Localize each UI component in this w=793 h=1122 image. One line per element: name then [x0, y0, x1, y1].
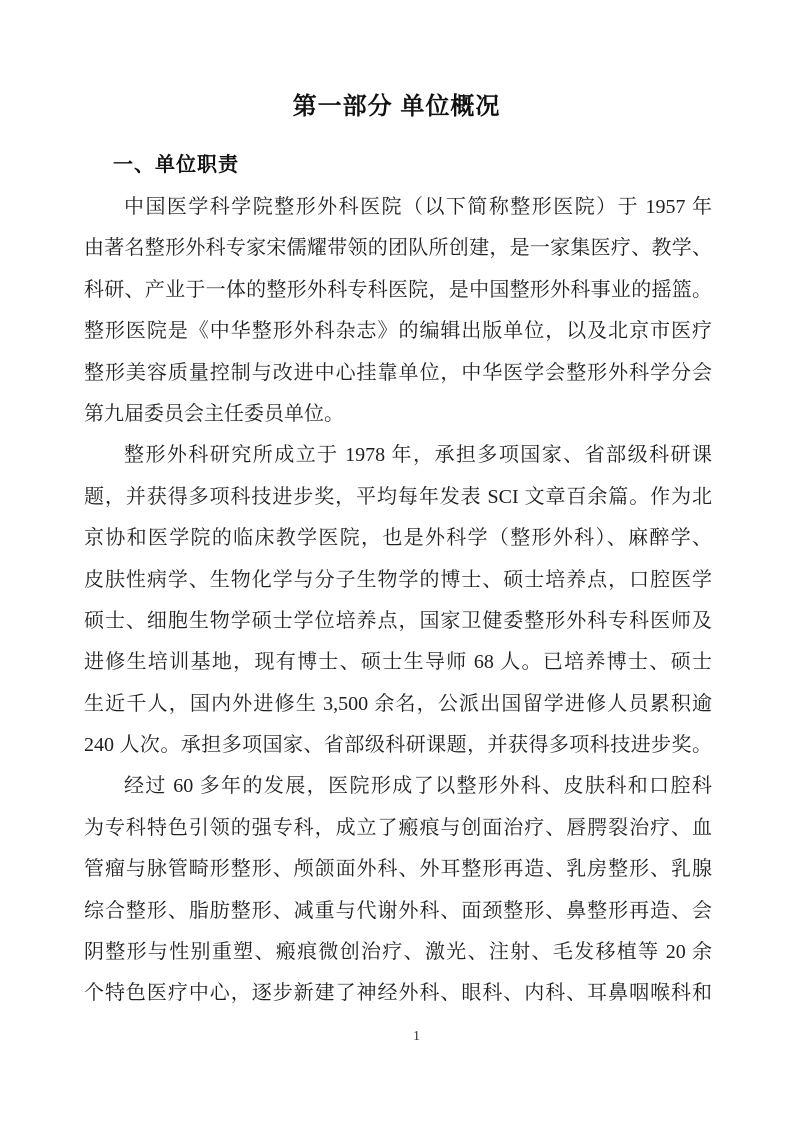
text-line: 由著名整形外科专家宋儒耀带领的团队所创建，是一家集医疗、教学、	[84, 228, 712, 269]
text-line: 皮肤性病学、生物化学与分子生物学的博士、硕士培养点，口腔医学	[84, 560, 712, 601]
section-heading: 一、单位职责	[113, 151, 239, 179]
document-page: 第一部分 单位概况 一、单位职责 中国医学科学院整形外科医院（以下简称整形医院）…	[0, 0, 793, 1122]
text-line: 阴整形与性别重塑、瘢痕微创治疗、激光、注射、毛发移植等 20 余	[84, 932, 712, 973]
text-line: 综合整形、脂肪整形、减重与代谢外科、面颈整形、鼻整形再造、会	[84, 891, 712, 932]
text-line: 生近千人，国内外进修生 3,500 余名，公派出国留学进修人员累积逾	[84, 684, 712, 725]
text-line: 进修生培训基地，现有博士、硕士生导师 68 人。已培养博士、硕士	[84, 642, 712, 683]
text-line: 240 人次。承担多项国家、省部级科研课题，并获得多项科技进步奖。	[84, 725, 712, 766]
paragraph: 经过 60 多年的发展，医院形成了以整形外科、皮肤科和口腔科为专科特色引领的强专…	[84, 766, 712, 1014]
text-line: 京协和医学院的临床教学医院，也是外科学（整形外科）、麻醉学、	[84, 518, 712, 559]
document-body: 中国医学科学院整形外科医院（以下简称整形医院）于 1957 年由著名整形外科专家…	[84, 187, 712, 1015]
text-line: 个特色医疗中心，逐步新建了神经外科、眼科、内科、耳鼻咽喉科和	[84, 973, 712, 1014]
paragraph: 整形外科研究所成立于 1978 年，承担多项国家、省部级科研课题，并获得多项科技…	[84, 435, 712, 766]
text-line: 整形医院是《中华整形外科杂志》的编辑出版单位，以及北京市医疗	[84, 311, 712, 352]
text-line: 硕士、细胞生物学硕士学位培养点，国家卫健委整形外科专科医师及	[84, 601, 712, 642]
page-title: 第一部分 单位概况	[0, 90, 793, 124]
text-line: 第九届委员会主任委员单位。	[84, 394, 712, 435]
text-line: 经过 60 多年的发展，医院形成了以整形外科、皮肤科和口腔科	[84, 766, 712, 807]
text-line: 科研、产业于一体的整形外科专科医院，是中国整形外科事业的摇篮。	[84, 270, 712, 311]
text-line: 为专科特色引领的强专科，成立了瘢痕与创面治疗、唇腭裂治疗、血	[84, 808, 712, 849]
page-number: 1	[0, 1028, 793, 1046]
text-line: 题，并获得多项科技进步奖，平均每年发表 SCI 文章百余篇。作为北	[84, 477, 712, 518]
text-line: 中国医学科学院整形外科医院（以下简称整形医院）于 1957 年	[84, 187, 712, 228]
paragraph: 中国医学科学院整形外科医院（以下简称整形医院）于 1957 年由著名整形外科专家…	[84, 187, 712, 435]
text-line: 整形美容质量控制与改进中心挂靠单位，中华医学会整形外科学分会	[84, 353, 712, 394]
text-line: 整形外科研究所成立于 1978 年，承担多项国家、省部级科研课	[84, 435, 712, 476]
text-line: 管瘤与脉管畸形整形、颅颌面外科、外耳整形再造、乳房整形、乳腺	[84, 849, 712, 890]
